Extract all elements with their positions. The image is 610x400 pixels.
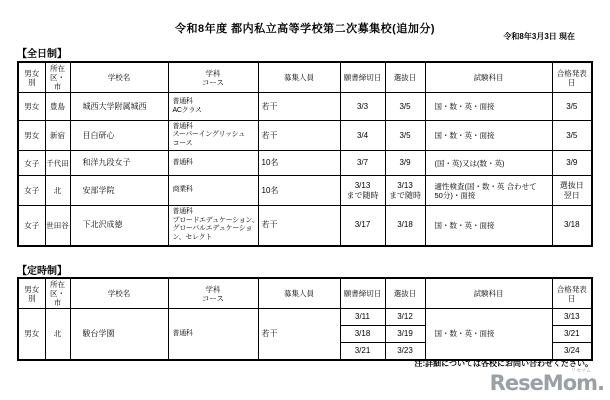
cell-deadline: 3/17: [340, 206, 385, 246]
col-header-location: 所在 区・市: [45, 278, 70, 309]
col-header-deadline: 願書締切日: [340, 62, 385, 93]
col-header-gender: 男女別: [18, 62, 45, 93]
cell-capacity: 若干: [258, 93, 340, 121]
table-row: 男女 北 駿台学園 普通科 若干 3/11 3/12 国・数・英・面接 3/13: [18, 309, 592, 326]
cell-course: 普通科 ACクラス: [168, 93, 258, 121]
cell-school: 安部学院: [70, 176, 168, 206]
cell-result-date: 3/9: [552, 151, 592, 176]
table-row: 女子 北 安部学院 商業科 10名 3/13 まで随時 3/13 まで随時 適性…: [18, 176, 592, 206]
col-header-selection-date: 選抜日: [385, 278, 425, 309]
cell-school: 駿台学園: [70, 309, 168, 360]
cell-gender: 男女: [18, 309, 45, 360]
cell-school: 城西大学附属城西: [70, 93, 168, 121]
table-header-row: 男女別 所在 区・市 学校名 学科 コース 募集人員 願書締切日 選抜日 試験科…: [18, 278, 592, 309]
cell-selection-date: 3/12: [385, 309, 425, 326]
cell-deadline: 3/3: [340, 93, 385, 121]
cell-gender: 男女: [18, 93, 45, 121]
col-header-school: 学校名: [70, 62, 168, 93]
cell-school: 下北沢成徳: [70, 206, 168, 246]
cell-location: 北: [45, 309, 70, 360]
table-row: 男女 新宿 目白研心 普通科 スーパーイングリッシュ コース 若干 3/4 3/…: [18, 121, 592, 151]
cell-course: 普通科: [168, 309, 258, 360]
cell-result-date: 選抜日 翌日: [552, 176, 592, 206]
cell-course: 普通科 ブロードエデュケーション、 グローバルエデュケーショ ン、セレクト: [168, 206, 258, 246]
document-page: 令和8年度 都内私立高等学校第二次募集校(追加分) 令和8年3月3日 現在 【全…: [0, 0, 610, 400]
cell-deadline: 3/21: [340, 343, 385, 360]
cell-subjects: 国・数・英・面接: [425, 121, 552, 151]
section-label-parttime: 【定時制】: [17, 262, 67, 277]
cell-capacity: 若干: [258, 121, 340, 151]
col-header-capacity: 募集人員: [258, 62, 340, 93]
fulltime-table: 男女別 所在 区・市 学校名 学科 コース 募集人員 願書締切日 選抜日 試験科…: [17, 61, 593, 247]
cell-gender: 女子: [18, 176, 45, 206]
cell-course: 商業科: [168, 176, 258, 206]
col-header-selection-date: 選抜日: [385, 62, 425, 93]
cell-result-date: 3/5: [552, 93, 592, 121]
cell-result-date: 3/24: [552, 343, 592, 360]
cell-capacity: 若干: [258, 309, 340, 360]
cell-location: 北: [45, 176, 70, 206]
col-header-capacity: 募集人員: [258, 278, 340, 309]
cell-gender: 男女: [18, 121, 45, 151]
cell-subjects: 国・数・英・面接: [425, 93, 552, 121]
cell-selection-date: 3/5: [385, 93, 425, 121]
table-header-row: 男女別 所在 区・市 学校名 学科 コース 募集人員 願書締切日 選抜日 試験科…: [18, 62, 592, 93]
section-label-fulltime: 【全日制】: [17, 45, 67, 60]
cell-deadline: 3/18: [340, 326, 385, 343]
cell-subjects: 国・数・英・面接: [425, 206, 552, 246]
cell-capacity: 10名: [258, 176, 340, 206]
col-header-course: 学科 コース: [168, 278, 258, 309]
parttime-table: 男女別 所在 区・市 学校名 学科 コース 募集人員 願書締切日 選抜日 試験科…: [17, 277, 593, 361]
col-header-course: 学科 コース: [168, 62, 258, 93]
cell-capacity: 若干: [258, 206, 340, 246]
cell-location: 豊島: [45, 93, 70, 121]
cell-location: 新宿: [45, 121, 70, 151]
cell-selection-date: 3/5: [385, 121, 425, 151]
col-header-subjects: 試験科目: [425, 278, 552, 309]
cell-selection-date: 3/9: [385, 151, 425, 176]
cell-school: 目白研心: [70, 121, 168, 151]
cell-selection-date: 3/13 まで随時: [385, 176, 425, 206]
cell-deadline: 3/11: [340, 309, 385, 326]
col-header-result-date: 合格発表日: [552, 278, 592, 309]
col-header-result-date: 合格発表日: [552, 62, 592, 93]
col-header-deadline: 願書締切日: [340, 278, 385, 309]
cell-result-date: 3/5: [552, 121, 592, 151]
cell-selection-date: 3/23: [385, 343, 425, 360]
logo-wordmark: ReseMom.: [490, 371, 604, 395]
cell-course: 普通科 スーパーイングリッシュ コース: [168, 121, 258, 151]
cell-course: 普通科: [168, 151, 258, 176]
cell-school: 和洋九段女子: [70, 151, 168, 176]
cell-deadline: 3/4: [340, 121, 385, 151]
cell-selection-date: 3/18: [385, 206, 425, 246]
table-row: 女子 世田谷 下北沢成徳 普通科 ブロードエデュケーション、 グローバルエデュケ…: [18, 206, 592, 246]
cell-subjects: 適性検査(国・数・英 合わせて 50分)・面接: [425, 176, 552, 206]
cell-deadline: 3/13 まで随時: [340, 176, 385, 206]
cell-location: 千代田: [45, 151, 70, 176]
cell-gender: 女子: [18, 151, 45, 176]
resemom-logo: リセマム ReseMom.: [504, 369, 604, 397]
as-of-date: 令和8年3月3日 現在: [503, 31, 575, 42]
col-header-school: 学校名: [70, 278, 168, 309]
cell-deadline: 3/7: [340, 151, 385, 176]
col-header-location: 所在 区・市: [45, 62, 70, 93]
cell-result-date: 3/18: [552, 206, 592, 246]
cell-selection-date: 3/19: [385, 326, 425, 343]
cell-gender: 女子: [18, 206, 45, 246]
table-row: 男女 豊島 城西大学附属城西 普通科 ACクラス 若干 3/3 3/5 国・数・…: [18, 93, 592, 121]
footer-note: 注:詳細については各校にお問い合わせください。: [414, 358, 593, 369]
col-header-subjects: 試験科目: [425, 62, 552, 93]
cell-result-date: 3/13: [552, 309, 592, 326]
table-row: 女子 千代田 和洋九段女子 普通科 10名 3/7 3/9 (国・英)又は(数・…: [18, 151, 592, 176]
cell-location: 世田谷: [45, 206, 70, 246]
col-header-gender: 男女別: [18, 278, 45, 309]
cell-capacity: 10名: [258, 151, 340, 176]
cell-subjects: (国・英)又は(数・英): [425, 151, 552, 176]
cell-subjects: 国・数・英・面接: [425, 309, 552, 360]
cell-result-date: 3/21: [552, 326, 592, 343]
